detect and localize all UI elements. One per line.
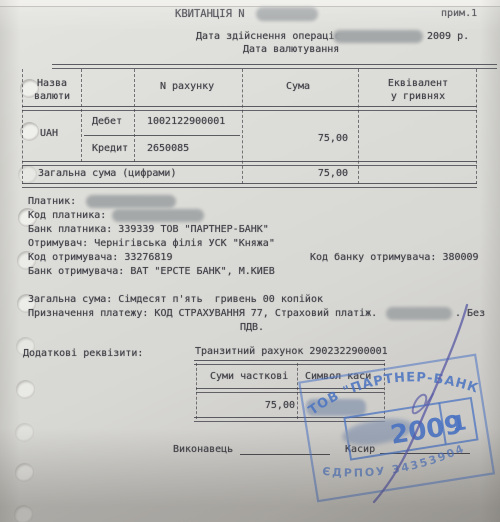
perforation-hole [15, 463, 34, 482]
credit-account: 2650085 [147, 143, 189, 154]
operation-date-label: Дата здійснення операціє [196, 31, 341, 42]
total-row-label: Загальна сума (цифрами) [38, 168, 176, 179]
redacted-payer-code [112, 209, 204, 222]
extra-label: Додаткові реквізити: [23, 348, 143, 359]
col-header-sum: Сума [286, 81, 310, 92]
receiver-code-label: Код отримувача: [28, 252, 118, 263]
receiver-label: Отримувач: [28, 238, 88, 249]
perforation-hole [15, 423, 34, 442]
photo-top-edge [0, 0, 500, 7]
col-header-account: N рахунку [160, 81, 214, 92]
payer-bank-label: Банк платника: [28, 224, 112, 235]
redacted-purpose-detail [386, 307, 452, 320]
operation-date-year: 2009 р. [427, 31, 469, 42]
table-vline [476, 69, 477, 184]
table-vline [358, 69, 359, 184]
redacted-payer [86, 195, 176, 208]
redacted-operation-date [333, 30, 423, 43]
receiver-bank-line: Банк отримувача:ВАТ "ЕРСТЕ БАНК", М.КИЕВ [28, 266, 275, 277]
total-sum-value: 75,00 [298, 168, 348, 179]
total-words-line: Загальна сума:Сімдесят п'ять гривень 00 … [28, 294, 323, 305]
receipt-scan: КВИТАНЦІЯ N прим.1 Дата здійснення опера… [0, 0, 500, 522]
perforation-hole [14, 505, 33, 522]
table-top-border [52, 64, 497, 69]
sum-value: 75,00 [298, 133, 348, 144]
receiver-code-line: Код отримувача:33276819 [28, 252, 172, 263]
table-footer-top-border [22, 161, 477, 166]
receiver-line: Отримувач:Чернігівська філія УСК "Княжа" [28, 238, 275, 249]
receipt-title: КВИТАНЦІЯ N [175, 8, 245, 20]
total-words-value: Сімдесят п'ять гривень 00 копійок [118, 294, 323, 305]
copy-number-label: прим.1 [441, 8, 477, 19]
credit-label: Кредит [92, 143, 128, 154]
purpose-text: КОД СТРАХУВАННЯ 77, Страховий платіж. [154, 308, 377, 319]
table-vline [242, 69, 243, 184]
stamp-copy-number: 1 [450, 410, 468, 436]
payer-bank-value: 339339 ТОВ "ПАРТНЕР-БАНК" [118, 224, 269, 235]
table-vline [22, 69, 23, 184]
table-vline [134, 69, 135, 162]
currency-value: UAH [40, 128, 58, 139]
perforation-hole [18, 165, 37, 184]
col-header-partial-sums: Суми часткові [210, 371, 288, 382]
payer-bank-line: Банк платника:339339 ТОВ "ПАРТНЕР-БАНК" [28, 224, 269, 235]
table-bottom-border [22, 183, 477, 188]
payer-code-label: Код платника: [28, 210, 106, 221]
receiver-code-value: 33276819 [124, 252, 172, 263]
debit-credit-divider [84, 135, 240, 136]
table-header-border [22, 106, 477, 111]
receiver-bank-value: ВАТ "ЕРСТЕ БАНК", М.КИЕВ [130, 266, 275, 277]
receiver-bank-code-label: Код банку отримувача: [310, 252, 436, 263]
value-date-label: Дата валютування [243, 44, 339, 55]
perforation-hole [16, 380, 35, 399]
bank-stamp: ТОВ "ПАРТНЕР-БАНК" 2009 1 ЄДРПОУ 3435390… [293, 336, 499, 512]
receiver-value: Чернігівська філія УСК "Княжа" [94, 238, 275, 249]
purpose-after: . Без [455, 308, 485, 319]
debit-label: Дебет [92, 116, 122, 127]
total-words-label: Загальна сума: [28, 294, 112, 305]
receiver-bank-label: Банк отримувача: [28, 266, 124, 277]
executor-label: Виконавець [173, 444, 233, 455]
purpose-tail: ПДВ. [240, 322, 264, 333]
purpose-label: Призначення платежу: [28, 308, 148, 319]
col-header-currency: Назва валюти [30, 77, 74, 103]
col-header-equivalent: Еквівалент у гривнях [382, 77, 454, 103]
partial-sum-value: 75,00 [245, 400, 295, 411]
purpose-line: Призначення платежу:КОД СТРАХУВАННЯ 77, … [28, 308, 377, 319]
table-vline [81, 69, 82, 162]
receiver-bank-code-line: Код банку отримувача:380009 [310, 252, 479, 263]
debit-account: 1002122900001 [147, 116, 225, 127]
receiver-bank-code-value: 380009 [442, 252, 478, 263]
redacted-receipt-number [256, 7, 318, 21]
payer-label: Платник: [28, 196, 76, 207]
